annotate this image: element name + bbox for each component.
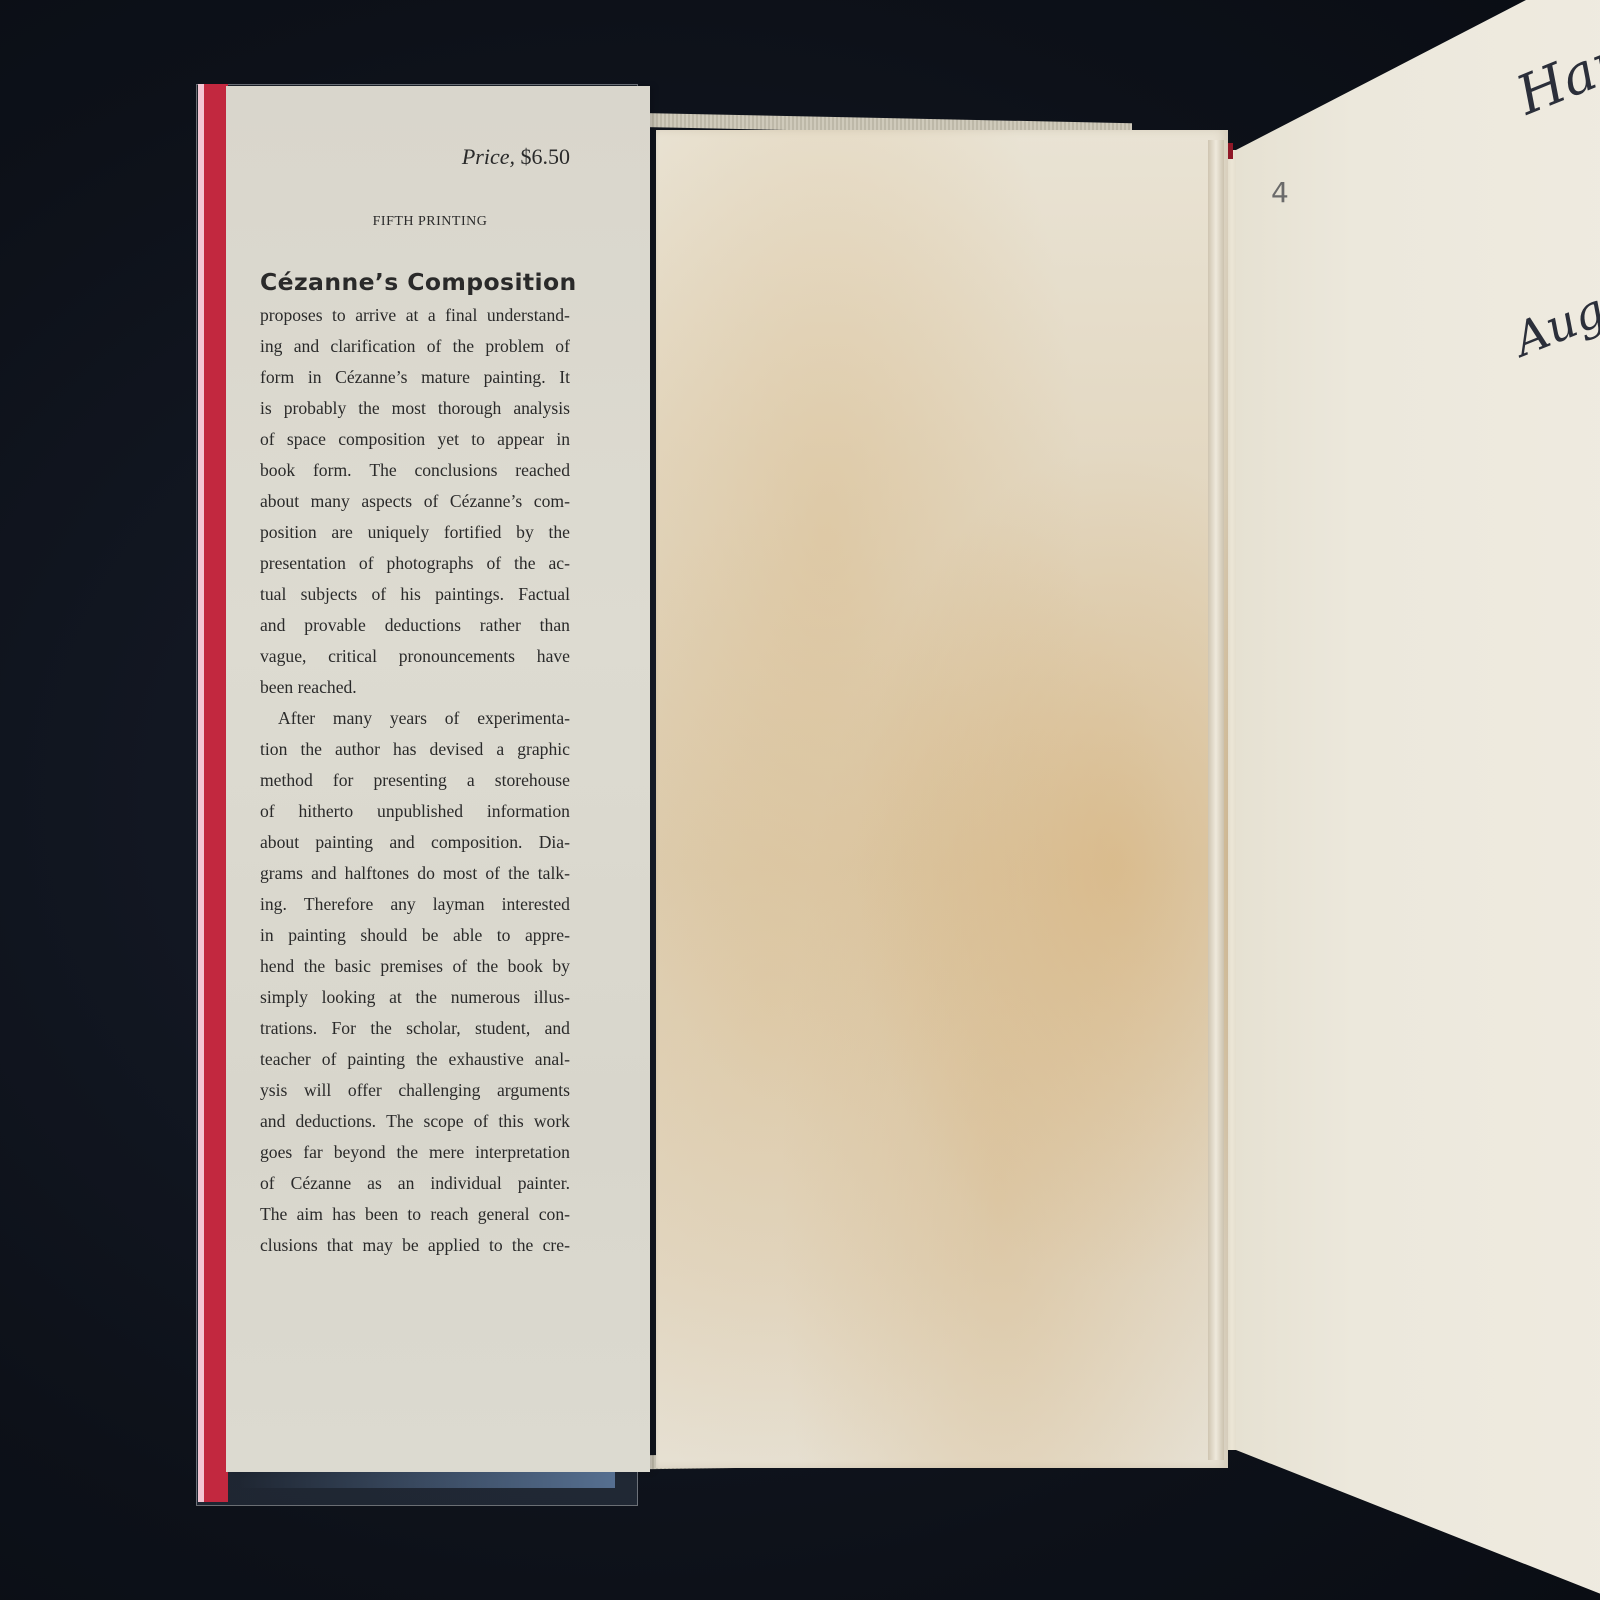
blurb-paragraph-1: proposestoarriveatafinalunderstand-ingan… [260,300,570,703]
blurb-line: forminCézanne’smaturepainting.It [260,362,570,393]
blurb-line: Theaimhasbeentoreachgeneralcon- [260,1199,570,1230]
free-endpaper-page [1236,0,1600,1600]
blurb-line: hendthebasicpremisesofthebookby [260,951,570,982]
price-value: $6.50 [521,144,571,169]
blurb-line: bookform.Theconclusionsreached [260,455,570,486]
pencil-mark: 4 [1271,176,1289,209]
blurb-line: tualsubjectsofhispaintings.Factual [260,579,570,610]
blurb-line: inpaintingshouldbeabletoappre- [260,920,570,951]
book-title: Cézanne’s Composition [260,268,570,296]
blurb-line: ofspacecompositionyettoappearin [260,424,570,455]
printing-label: FIFTH PRINTING [290,214,570,230]
mylar-bottom-edge [240,1472,615,1488]
blurb-line: positionareuniquelyfortifiedbythe [260,517,570,548]
flap-text-block: Price, $6.50 FIFTH PRINTING Cézanne’s Co… [260,144,570,1261]
blurb-line: aboutpaintingandcomposition.Dia- [260,827,570,858]
blurb-line: isprobablythemostthoroughanalysis [260,393,570,424]
blurb-line: anddeductions.Thescopeofthiswork [260,1106,570,1137]
blurb-line: vague,criticalpronouncementshave [260,641,570,672]
blurb-line: tiontheauthorhasdevisedagraphic [260,734,570,765]
blurb-line: ingandclarificationoftheproblemof [260,331,570,362]
foxed-pastedown-endpaper [656,130,1228,1468]
blurb-paragraph-2: Aftermanyyearsofexperimenta-tiontheautho… [260,703,570,1261]
blurb-line: Aftermanyyearsofexperimenta- [260,703,570,734]
blurb-line: gramsandhalftonesdomostofthetalk- [260,858,570,889]
blurb-line: andprovabledeductionsratherthan [260,610,570,641]
blurb-line: presentationofphotographsoftheac- [260,548,570,579]
blurb-line: methodforpresentingastorehouse [260,765,570,796]
dust-jacket-red-spine-edge [198,84,228,1502]
blurb-line: ing.Thereforeanylaymaninterested [260,889,570,920]
blurb-line: been reached. [260,672,570,703]
dust-jacket-front-flap: Price, $6.50 FIFTH PRINTING Cézanne’s Co… [226,86,650,1472]
flap-blurb: proposestoarriveatafinalunderstand-ingan… [260,300,570,1261]
price: Price, $6.50 [260,144,570,170]
blurb-line: trations.Forthescholar,student,and [260,1013,570,1044]
blurb-line: teacherofpaintingtheexhaustiveanal- [260,1044,570,1075]
blurb-line: simplylookingatthenumerousillus- [260,982,570,1013]
blurb-line: aboutmanyaspectsofCézanne’scom- [260,486,570,517]
blurb-line: goesfarbeyondthemereinterpretation [260,1137,570,1168]
pastedown-hinge [1208,140,1224,1460]
blurb-line: ofhithertounpublishedinformation [260,796,570,827]
blurb-line: ysiswillofferchallengingarguments [260,1075,570,1106]
blurb-line: proposestoarriveatafinalunderstand- [260,300,570,331]
price-label: Price, [462,144,515,169]
blurb-line: ofCézanneasanindividualpainter. [260,1168,570,1199]
blurb-line: clusionsthatmaybeappliedtothecre- [260,1230,570,1261]
